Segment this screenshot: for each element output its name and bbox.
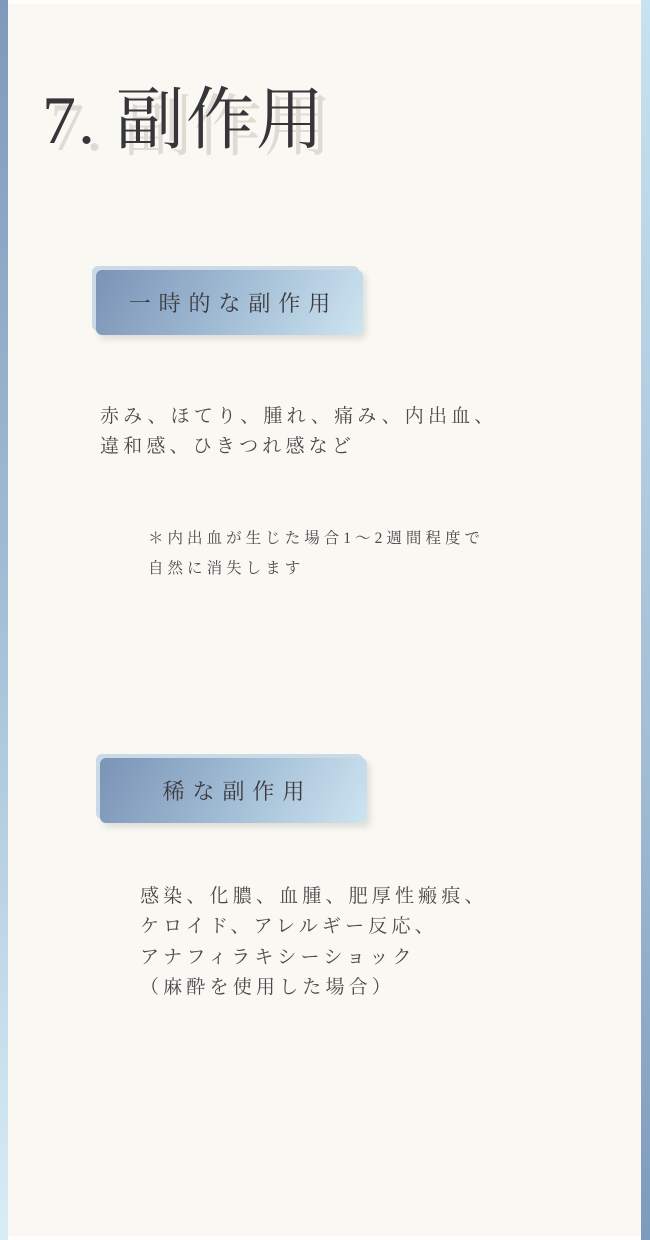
temporary-side-effects-text: 赤み、ほてり、腫れ、痛み、内出血、 違和感、ひきつれ感など [100, 402, 497, 463]
section-badge-rare: 稀な副作用 [100, 758, 367, 823]
section-heading-rare: 稀な副作用 [155, 775, 313, 806]
bottom-edge-highlight [8, 1236, 641, 1240]
bruise-note-text: ＊内出血が生じた場合1〜2週間程度で 自然に消失します [148, 524, 484, 584]
top-edge-highlight [8, 0, 641, 4]
page-title: 7. 副作用 [42, 66, 326, 163]
rare-side-effects-text: 感染、化膿、血腫、肥厚性瘢痕、 ケロイド、アレルギー反応、 アナフィラキシーショ… [140, 882, 488, 1004]
left-accent-border [0, 0, 8, 1240]
section-heading-temporary: 一時的な副作用 [121, 287, 338, 318]
section-badge-temporary: 一時的な副作用 [96, 270, 363, 335]
right-accent-border [641, 0, 650, 1240]
slide-page: 7. 副作用 一時的な副作用 赤み、ほてり、腫れ、痛み、内出血、 違和感、ひきつ… [0, 0, 650, 1240]
